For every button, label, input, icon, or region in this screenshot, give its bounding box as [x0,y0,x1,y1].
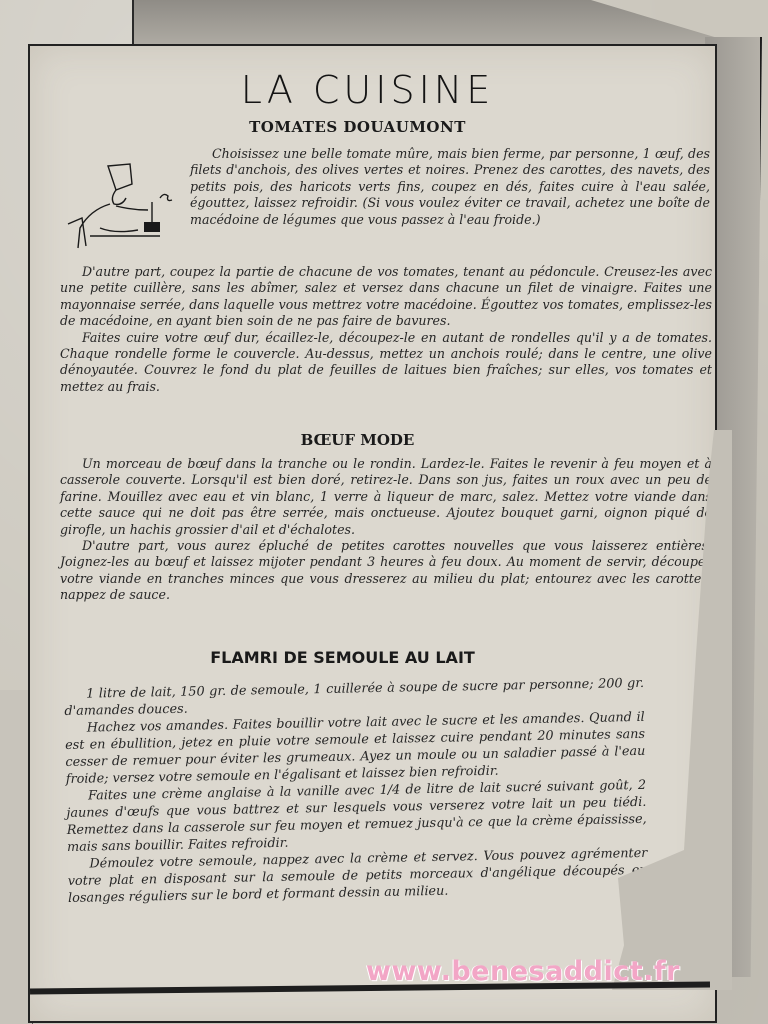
page-title: LA CUISINE [30,68,715,112]
recipe-heading-boeuf-mode: BŒUF MODE [30,431,715,449]
watermark: www.benesaddict.fr [366,956,680,987]
recipe-text-boeuf-mode: Un morceau de bœuf dans la tranche ou le… [60,456,712,604]
recipe-text-tomates-intro: Choisissez une belle tomate mûre, mais b… [190,146,710,228]
chef-cooking-icon [60,158,180,253]
newspaper-clipping: LA CUISINE TOMATES DOUAUMONT Choisissez … [28,44,717,1023]
paragraph: Faites une crème anglaise à la vanille a… [66,777,647,856]
recipe-text-flamri: 1 litre de lait, 150 gr. de semoule, 1 c… [64,675,648,907]
recipe-text-tomates-body: D'autre part, coupez la partie de chacun… [60,264,712,395]
recipe-heading-tomates: TOMATES DOUAUMONT [30,118,715,136]
recipe-heading-flamri: FLAMRI DE SEMOULE AU LAIT [30,648,715,667]
paragraph: Faites cuire votre œuf dur, écaillez-le,… [60,330,712,396]
paragraph: Démoulez votre semoule, nappez avec la c… [67,845,648,907]
paragraph: D'autre part, vous aurez épluché de peti… [60,538,712,604]
paragraph: Hachez vos amandes. Faites bouillir votr… [65,709,646,788]
paragraph: Choisissez une belle tomate mûre, mais b… [190,146,710,228]
paragraph: D'autre part, coupez la partie de chacun… [60,264,712,330]
paragraph: Un morceau de bœuf dans la tranche ou le… [60,456,712,538]
